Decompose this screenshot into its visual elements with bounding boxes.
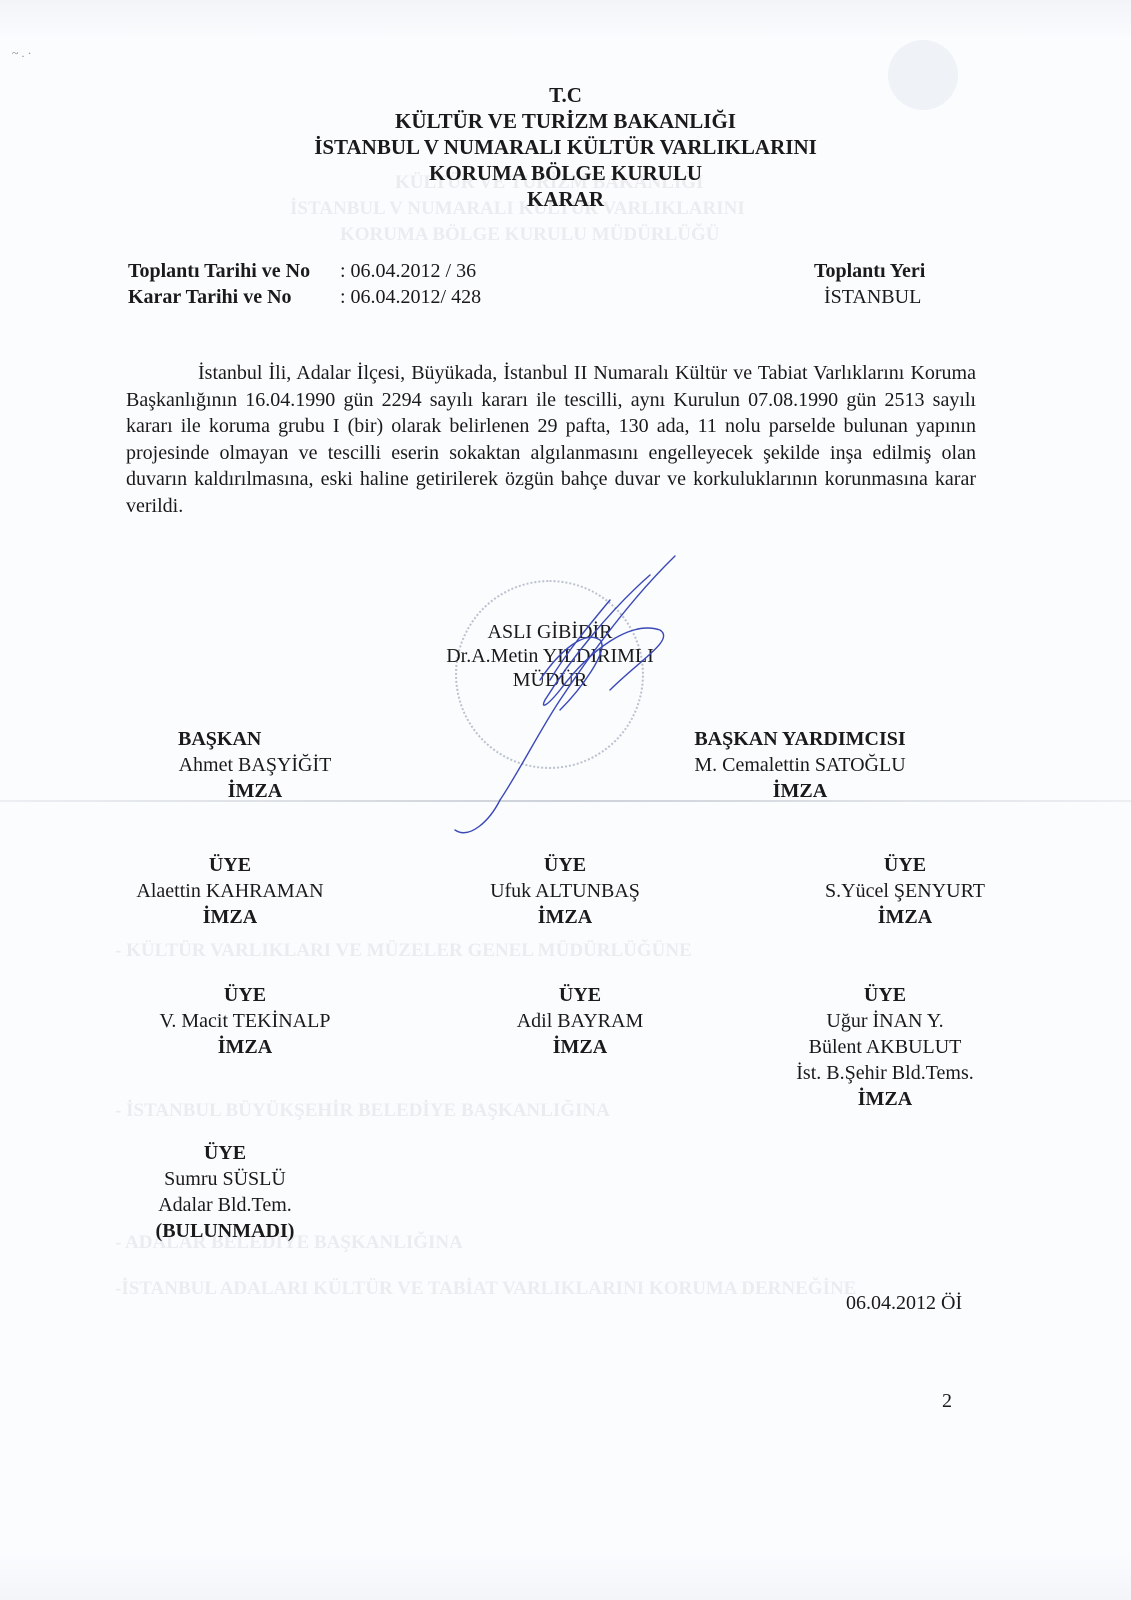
role-label: ÜYE <box>480 982 680 1008</box>
signatory-chair: BAŞKAN Ahmet BAŞYİĞİT İMZA <box>140 726 370 804</box>
signature-status: İMZA <box>465 904 665 930</box>
signatory-member: ÜYE Alaettin KAHRAMAN İMZA <box>110 852 350 930</box>
signatory-name-2: Bülent AKBULUT <box>770 1034 1000 1060</box>
date-initials: 06.04.2012 Öİ <box>846 1290 962 1316</box>
header-ministry: KÜLTÜR VE TURİZM BAKANLIĞI <box>0 108 1131 134</box>
signatory-name: V. Macit TEKİNALP <box>145 1008 345 1034</box>
role-label: ÜYE <box>465 852 665 878</box>
signatory-member: ÜYE Uğur İNAN Y. Bülent AKBULUT İst. B.Ş… <box>770 982 1000 1112</box>
meeting-date-label: Toplantı Tarihi ve No <box>128 258 310 284</box>
signature-status: İMZA <box>800 904 1010 930</box>
signature-status: İMZA <box>665 778 935 804</box>
signatory-member: ÜYE S.Yücel ŞENYURT İMZA <box>800 852 1010 930</box>
absence-note: (BULUNMADI) <box>130 1218 320 1244</box>
certifier-name: Dr.A.Metin YILDIRIMLI <box>420 644 680 668</box>
decision-body: İstanbul İli, Adalar İlçesi, Büyükada, İ… <box>126 360 976 519</box>
ghost-text: -İSTANBUL ADALARI KÜLTÜR VE TABİAT VARLI… <box>115 1278 856 1300</box>
header-council-1: İSTANBUL V NUMARALI KÜLTÜR VARLIKLARINI <box>0 134 1131 160</box>
ghost-text: - İSTANBUL BÜYÜKŞEHİR BELEDİYE BAŞKANLIĞ… <box>115 1100 610 1122</box>
certification-block: ASLI GİBİDİR Dr.A.Metin YILDIRIMLI MÜDÜR <box>420 620 680 692</box>
signatory-name: Ahmet BAŞYİĞİT <box>140 752 370 778</box>
signatory-member: ÜYE Adil BAYRAM İMZA <box>480 982 680 1060</box>
signatory-name: Ufuk ALTUNBAŞ <box>465 878 665 904</box>
signatory-vice-chair: BAŞKAN YARDIMCISI M. Cemalettin SATOĞLU … <box>665 726 935 804</box>
meeting-place-label: Toplantı Yeri <box>814 258 925 284</box>
role-label: ÜYE <box>110 852 350 878</box>
signature-status: İMZA <box>770 1086 1000 1112</box>
role-label: ÜYE <box>130 1140 320 1166</box>
decision-date-label: Karar Tarihi ve No <box>128 284 292 310</box>
signature-status: İMZA <box>480 1034 680 1060</box>
signatory-member: ÜYE V. Macit TEKİNALP İMZA <box>145 982 345 1060</box>
meeting-date-value: : 06.04.2012 / 36 <box>340 258 476 284</box>
decision-paragraph: İstanbul İli, Adalar İlçesi, Büyükada, İ… <box>126 360 976 519</box>
signatory-name: S.Yücel ŞENYURT <box>800 878 1010 904</box>
certifier-title: MÜDÜR <box>420 668 680 692</box>
certification-line: ASLI GİBİDİR <box>420 620 680 644</box>
signatory-affiliation: İst. B.Şehir Bld.Tems. <box>770 1060 1000 1086</box>
role-label: ÜYE <box>770 982 1000 1008</box>
signatory-name: Uğur İNAN Y. <box>770 1008 1000 1034</box>
signatory-affiliation: Adalar Bld.Tem. <box>130 1192 320 1218</box>
scan-speck: ~ . · <box>12 46 32 61</box>
signatory-name: Alaettin KAHRAMAN <box>110 878 350 904</box>
signature-status: İMZA <box>110 904 350 930</box>
role-label: ÜYE <box>145 982 345 1008</box>
page-number: 2 <box>942 1390 952 1413</box>
signatory-member: ÜYE Ufuk ALTUNBAŞ İMZA <box>465 852 665 930</box>
meeting-place-value: İSTANBUL <box>824 284 921 310</box>
signature-status: İMZA <box>145 1034 345 1060</box>
signatory-name: Sumru SÜSLÜ <box>130 1166 320 1192</box>
ghost-text: - KÜLTÜR VARLIKLARI VE MÜZELER GENEL MÜD… <box>115 940 692 962</box>
header-tc: T.C <box>0 82 1131 108</box>
role-label: ÜYE <box>800 852 1010 878</box>
header-decision: KARAR <box>0 186 1131 212</box>
signatory-name: Adil BAYRAM <box>480 1008 680 1034</box>
header-council-2: KORUMA BÖLGE KURULU <box>0 160 1131 186</box>
decision-date-value: : 06.04.2012/ 428 <box>340 284 481 310</box>
signature-status: İMZA <box>140 778 370 804</box>
ghost-text: KORUMA BÖLGE KURULU MÜDÜRLÜĞÜ <box>340 224 719 246</box>
role-label: BAŞKAN YARDIMCISI <box>665 726 935 752</box>
role-label: BAŞKAN <box>140 726 370 752</box>
signatory-member: ÜYE Sumru SÜSLÜ Adalar Bld.Tem. (BULUNMA… <box>130 1140 320 1244</box>
signatory-name: M. Cemalettin SATOĞLU <box>665 752 935 778</box>
